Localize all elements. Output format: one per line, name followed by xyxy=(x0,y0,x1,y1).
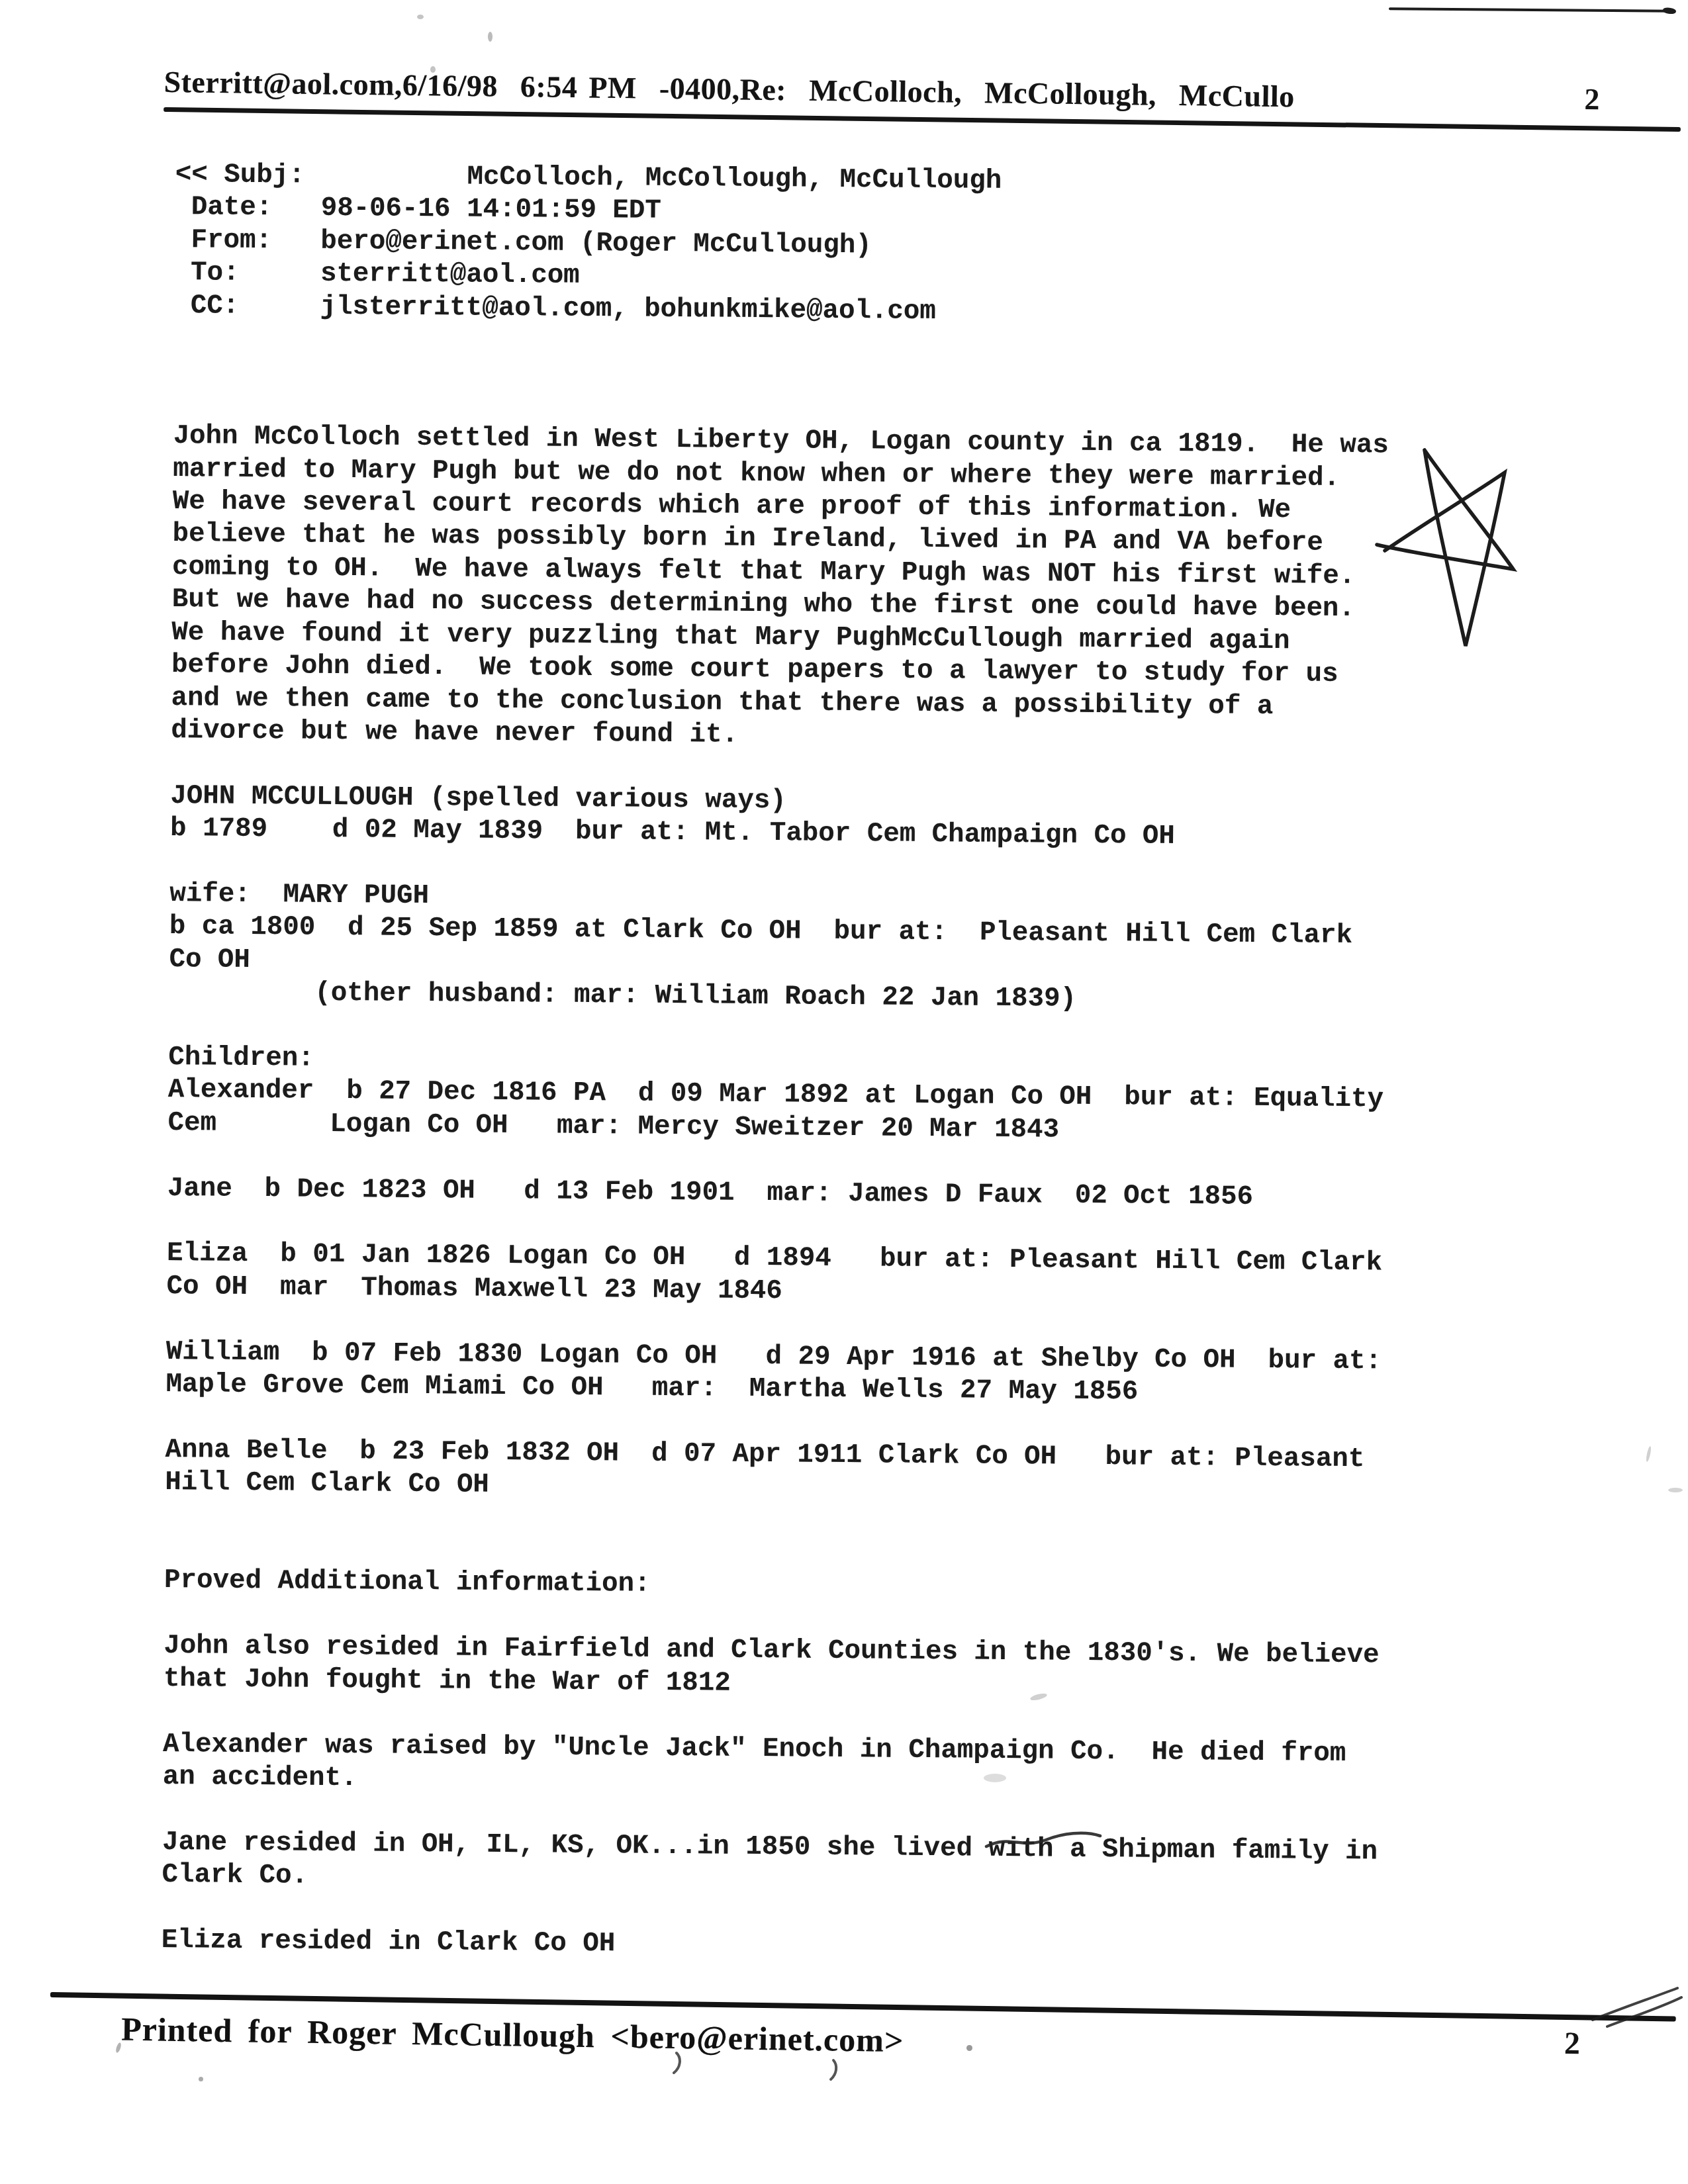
scan-artifact-line-tip xyxy=(1662,7,1676,15)
scan-artifact-line xyxy=(1389,7,1673,13)
printed-for-line: Printed for Roger McCullough <bero@erine… xyxy=(121,2011,904,2060)
email-body-text: << Subj: McColloch, McCollough, McCullou… xyxy=(162,159,1391,1967)
page-header: Sterritt@aol.com,6/16/98 6:54 PM -0400,R… xyxy=(164,65,1681,151)
pen-squiggle-mark xyxy=(980,1820,1112,1866)
page-number-top: 2 xyxy=(1584,82,1600,117)
toner-speck xyxy=(984,1774,1006,1782)
pen-comma-mark xyxy=(671,2050,694,2077)
scanned-email-page: Sterritt@aol.com,6/16/98 6:54 PM -0400,R… xyxy=(0,0,1688,2184)
pen-comma-mark xyxy=(829,2058,849,2083)
pen-dot-mark xyxy=(199,2077,203,2081)
header-rule xyxy=(164,107,1681,132)
toner-speck xyxy=(1668,1488,1683,1492)
pen-dot-mark xyxy=(966,2045,972,2051)
hand-drawn-star-doodle xyxy=(1350,424,1549,675)
email-summary-header: Sterritt@aol.com,6/16/98 6:54 PM -0400,R… xyxy=(164,65,1295,114)
page-number-bottom: 2 xyxy=(1564,2025,1581,2062)
toner-speck xyxy=(417,15,424,19)
toner-speck xyxy=(1646,1446,1652,1463)
toner-speck xyxy=(488,32,492,42)
pen-flick-mark xyxy=(1589,1972,1688,2032)
page-footer: Printed for Roger McCullough <bero@erine… xyxy=(49,1992,1676,2122)
